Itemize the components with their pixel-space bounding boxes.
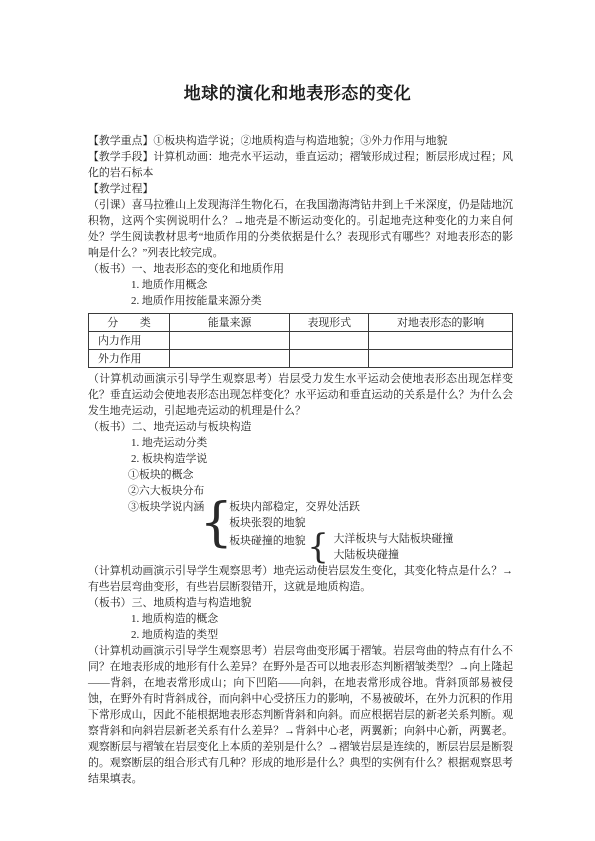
table-cell-external-form xyxy=(290,350,369,368)
diagram-item-ocean-continent-collision: 大洋板块与大陆板块碰撞 xyxy=(334,531,454,547)
geologic-action-table: 分 类 能量来源 表现形式 对地表形态的影响 内力作用 外力作用 xyxy=(88,313,513,368)
animation-prompt-2: （计算机动画演示引导学生观察思考）地壳运动使岩层发生变化，其变化特点是什么？→有… xyxy=(88,563,513,595)
diagram-items-column: 板块内部稳定，交界处活跃 板块张裂的地貌 板块碰撞的地貌 { 大洋板块与大陆板块… xyxy=(224,499,453,563)
table-cell-internal-energy xyxy=(169,332,289,350)
board2-item-3: ①板块的概念 xyxy=(88,467,513,483)
teaching-process-heading: 【教学过程】 xyxy=(88,181,513,197)
board1-item-2: 2. 地质作用按能量来源分类 xyxy=(88,293,513,309)
table-header-category: 分 类 xyxy=(89,314,170,332)
table-header-surface-impact: 对地表形态的影响 xyxy=(369,314,513,332)
diagram-item-continent-collision: 大陆板块碰撞 xyxy=(334,547,454,563)
table-cell-external-impact xyxy=(369,350,513,368)
diagram-item-stability: 板块内部稳定，交界处活跃 xyxy=(229,499,453,515)
diagram-collision-row: 板块碰撞的地貌 { 大洋板块与大陆板块碰撞 大陆板块碰撞 xyxy=(229,531,453,563)
table-row-internal-force: 内力作用 xyxy=(89,332,513,350)
board2-item-1: 1. 地壳运动分类 xyxy=(88,435,513,451)
table-row-external-force: 外力作用 xyxy=(89,350,513,368)
table-cell-external-label: 外力作用 xyxy=(89,350,170,368)
document-body: 【教学重点】①板块构造学说；②地质构造与构造地貌；③外力作用与地貌 【教学手段】… xyxy=(88,133,513,787)
diagram-collision-items-column: 大洋板块与大陆板块碰撞 大陆板块碰撞 xyxy=(325,531,454,563)
left-brace-icon: { xyxy=(208,499,224,547)
plate-theory-bracket-diagram: ③板块学说内涵 { 板块内部稳定，交界处活跃 板块张裂的地貌 板块碰撞的地貌 {… xyxy=(88,499,513,563)
board3-heading: （板书）三、地质构造与构造地貌 xyxy=(88,595,513,611)
diagram-collision-label: 板块碰撞的地貌 xyxy=(229,533,305,549)
board2-heading: （板书）二、地壳运动与板块构造 xyxy=(88,419,513,435)
table-cell-internal-label: 内力作用 xyxy=(89,332,170,350)
page-title: 地球的演化和地表形态的变化 xyxy=(0,0,595,103)
intro-paragraph: （引课）喜马拉雅山上发现海洋生物化石，在我国渤海湾钻井到上千米深度，仍是陆地沉积… xyxy=(88,197,513,261)
teaching-methods-line: 【教学手段】计算机动画：地壳水平运动，垂直运动；褶皱形成过程；断层形成过程；风化… xyxy=(88,149,513,181)
table-cell-internal-form xyxy=(290,332,369,350)
nested-left-brace-icon: { xyxy=(312,531,325,563)
table-cell-internal-impact xyxy=(369,332,513,350)
board3-item-2: 2. 地质构造的类型 xyxy=(88,627,513,643)
diagram-label: ③板块学说内涵 xyxy=(128,499,204,515)
board2-item-4: ②六大板块分布 xyxy=(88,483,513,499)
board2-item-2: 2. 板块构造学说 xyxy=(88,451,513,467)
board1-item-1: 1. 地质作用概念 xyxy=(88,277,513,293)
teaching-points-line: 【教学重点】①板块构造学说；②地质构造与构造地貌；③外力作用与地貌 xyxy=(88,133,513,149)
animation-prompt-3: （计算机动画演示引导学生观察思考）岩层弯曲变形属于褶皱。岩层弯曲的特点有什么不同… xyxy=(88,643,513,787)
diagram-item-rift: 板块张裂的地貌 xyxy=(229,515,453,531)
table-header-row: 分 类 能量来源 表现形式 对地表形态的影响 xyxy=(89,314,513,332)
table-cell-external-energy xyxy=(169,350,289,368)
board1-heading: （板书）一、地表形态的变化和地质作用 xyxy=(88,261,513,277)
diagram-main-row: ③板块学说内涵 { 板块内部稳定，交界处活跃 板块张裂的地貌 板块碰撞的地貌 {… xyxy=(128,499,513,563)
document-page: 地球的演化和地表形态的变化 【教学重点】①板块构造学说；②地质构造与构造地貌；③… xyxy=(0,0,595,841)
animation-prompt-1: （计算机动画演示引导学生观察思考）岩层受力发生水平运动会使地表形态出现怎样变化？… xyxy=(88,371,513,419)
table-header-manifestation: 表现形式 xyxy=(290,314,369,332)
table-header-energy-source: 能量来源 xyxy=(169,314,289,332)
board3-item-1: 1. 地质构造的概念 xyxy=(88,611,513,627)
